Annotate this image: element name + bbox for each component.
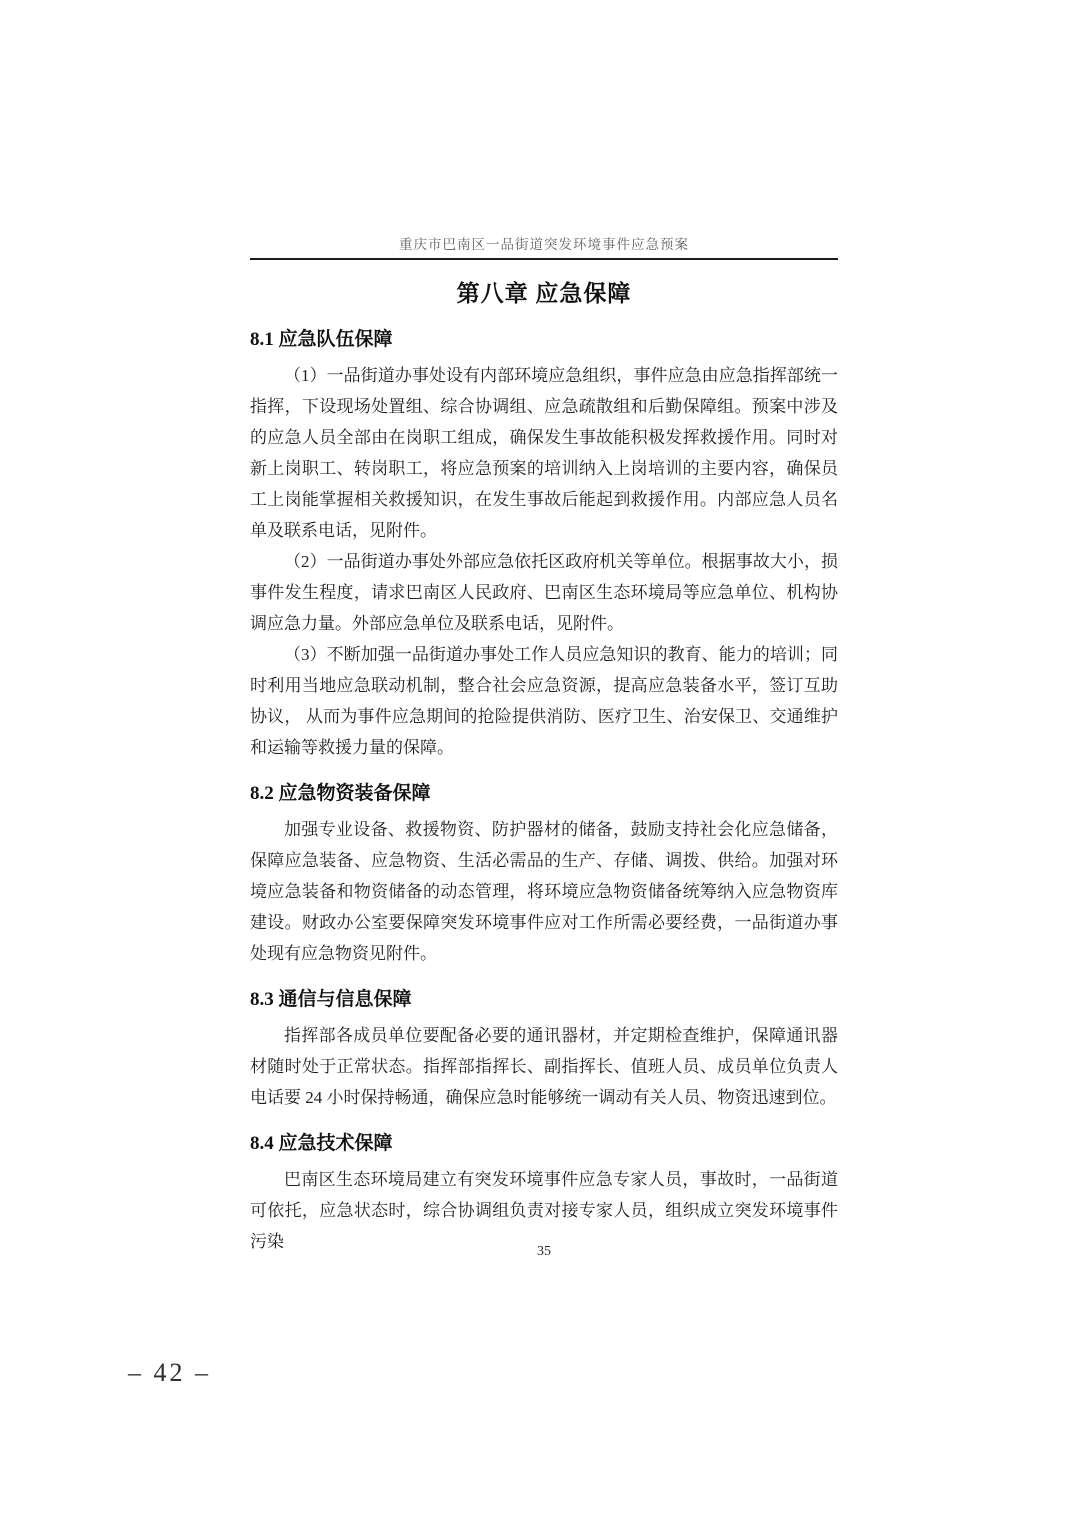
section-8-3: 8.3 通信与信息保障 指挥部各成员单位要配备必要的通讯器材，并定期检查维护，保… [250,989,838,1113]
section-8-4: 8.4 应急技术保障 巴南区生态环境局建立有突发环境事件应急专家人员，事故时，一… [250,1133,838,1257]
paragraph: 指挥部各成员单位要配备必要的通讯器材，并定期检查维护，保障通讯器材随时处于正常状… [250,1020,838,1113]
section-8-1: 8.1 应急队伍保障 （1）一品街道办事处设有内部环境应急组织，事件应急由应急指… [250,329,838,763]
section-heading-8-4: 8.4 应急技术保障 [250,1133,838,1155]
paragraph: 加强专业设备、救援物资、防护器材的储备，鼓励支持社会化应急储备，保障应急装备、应… [250,814,838,969]
section-heading-8-2: 8.2 应急物资装备保障 [250,783,838,805]
paragraph: （3）不断加强一品街道办事处工作人员应急知识的教育、能力的培训；同时利用当地应急… [250,639,838,763]
page-number: 35 [250,1244,838,1260]
page-content: 重庆市巴南区一品街道突发环境事件应急预案 第八章 应急保障 8.1 应急队伍保障… [250,237,838,1257]
chapter-title: 第八章 应急保障 [250,279,838,309]
running-header: 重庆市巴南区一品街道突发环境事件应急预案 [250,237,838,253]
section-8-2: 8.2 应急物资装备保障 加强专业设备、救援物资、防护器材的储备，鼓励支持社会化… [250,783,838,969]
section-heading-8-1: 8.1 应急队伍保障 [250,329,838,351]
header-rule [250,258,838,260]
document-page: 重庆市巴南区一品街道突发环境事件应急预案 第八章 应急保障 8.1 应急队伍保障… [0,0,1074,1520]
section-heading-8-3: 8.3 通信与信息保障 [250,989,838,1011]
outer-page-number: – 42 – [128,1358,211,1388]
paragraph: （2）一品街道办事处外部应急依托区政府机关等单位。根据事故大小，损事件发生程度，… [250,546,838,639]
paragraph: （1）一品街道办事处设有内部环境应急组织，事件应急由应急指挥部统一指挥，下设现场… [250,360,838,546]
